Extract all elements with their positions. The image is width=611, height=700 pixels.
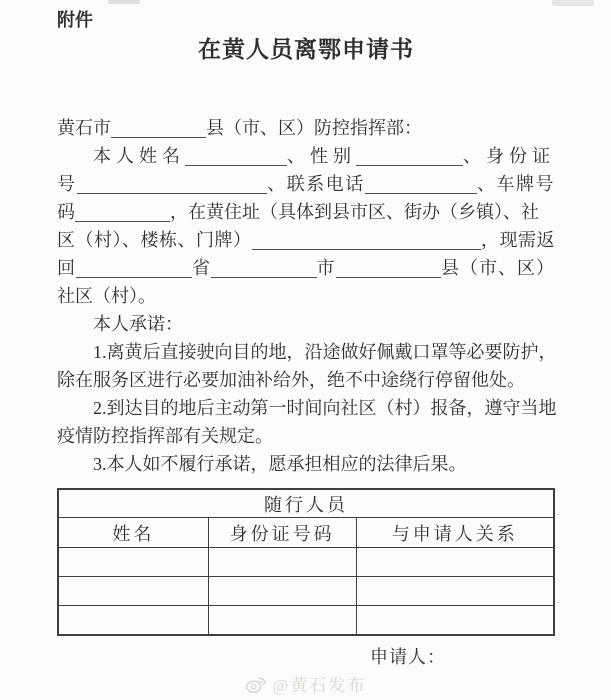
watermark-text: @黄石发布 xyxy=(273,671,367,696)
scan-artifact xyxy=(108,0,140,4)
body-line: 码，在黄住址（具体到县市区、街办（乡镇）、社 xyxy=(57,198,555,226)
text-segment: 、身份证 xyxy=(463,142,555,170)
blank-underline xyxy=(365,193,477,194)
blank-underline xyxy=(356,165,463,166)
body-line: 号、联系电话、车牌号 xyxy=(57,170,555,198)
text-segment: 市 xyxy=(317,254,336,282)
blank-underline xyxy=(211,277,316,278)
body-line: 社区（村）。 xyxy=(57,282,555,310)
body-line: 2.到达目的地后主动第一时间向社区（村）报备，遵守当地 xyxy=(57,394,555,422)
body-line: 本人承诺： xyxy=(57,310,555,338)
empty-cell xyxy=(356,606,554,636)
table-row xyxy=(58,577,554,606)
blank-underline xyxy=(252,249,482,250)
empty-cell xyxy=(58,548,208,577)
empty-cell xyxy=(208,577,356,606)
empty-cell xyxy=(356,548,554,577)
text-segment: 、车牌号 xyxy=(477,170,555,198)
text-segment: 省 xyxy=(192,254,211,282)
text-segment: 社区（村）。 xyxy=(57,286,156,306)
text-segment: 黄石市 xyxy=(57,118,111,138)
column-header-id-number: 身份证号码 xyxy=(208,518,356,548)
blank-underline xyxy=(75,217,170,222)
column-header-relation: 与申请人关系 xyxy=(356,518,554,548)
body-line: 1.离黄后直接驶向目的地，沿途做好佩戴口罩等必要防护， xyxy=(57,338,555,366)
text-segment: 、联系电话 xyxy=(267,170,365,198)
blank-underline xyxy=(111,133,206,138)
blank-underline xyxy=(76,277,192,278)
blank-underline xyxy=(336,277,441,278)
text-segment: 2.到达目的地后主动第一时间向社区（村）报备，遵守当地 xyxy=(93,398,557,418)
table-row xyxy=(58,606,554,636)
weibo-icon xyxy=(245,673,267,695)
empty-cell xyxy=(58,577,208,606)
text-segment: 1.离黄后直接驶向目的地，沿途做好佩戴口罩等必要防护， xyxy=(93,342,557,362)
table-row xyxy=(58,548,554,577)
watermark: @黄石发布 xyxy=(0,671,611,696)
text-segment: 3.本人如不履行承诺，愿承担相应的法律后果。 xyxy=(93,454,467,474)
text-segment: 县（市、区） xyxy=(441,254,555,282)
application-body: 黄石市县（市、区）防控指挥部：本人姓名、性别、身份证号、联系电话、车牌号码，在黄… xyxy=(57,114,555,478)
empty-cell xyxy=(356,577,554,606)
body-line: 3.本人如不履行承诺，愿承担相应的法律后果。 xyxy=(57,450,555,478)
applicant-signature-label: 申请人： xyxy=(57,646,555,668)
text-segment: 、性别 xyxy=(287,142,356,170)
text-segment: 本人承诺： xyxy=(93,314,183,334)
body-line: 黄石市县（市、区）防控指挥部： xyxy=(57,114,555,142)
body-line: 回省市县（市、区） xyxy=(57,254,555,282)
body-line: 区（村）、楼栋、门牌），现需返 xyxy=(57,226,555,254)
attachment-label: 附件 xyxy=(57,8,555,32)
text-segment: 码 xyxy=(57,202,75,222)
empty-cell xyxy=(208,606,356,636)
blank-underline xyxy=(77,193,268,194)
body-line: 本人姓名、性别、身份证 xyxy=(57,142,555,170)
text-segment: 县（市、区）防控指挥部： xyxy=(206,118,422,138)
accompanying-personnel-table: 随行人员 姓名 身份证号码 与申请人关系 xyxy=(57,488,555,636)
body-line: 除在服务区进行必要加油补给外，绝不中途绕行停留他处。 xyxy=(57,366,555,394)
text-segment: 疫情防控指挥部有关规定。 xyxy=(57,426,273,446)
empty-cell xyxy=(58,606,208,636)
table-title-row: 随行人员 xyxy=(58,489,554,518)
text-segment: 区（村）、楼栋、门牌） xyxy=(57,226,252,254)
blank-underline xyxy=(185,165,287,166)
table-title: 随行人员 xyxy=(58,489,554,518)
page-title: 在黄人员离鄂申请书 xyxy=(57,34,555,66)
empty-cell xyxy=(208,548,356,577)
text-segment: 回 xyxy=(57,254,76,282)
table-body xyxy=(58,548,554,636)
text-segment: ，现需返 xyxy=(481,226,555,254)
table-header-row: 姓名 身份证号码 与申请人关系 xyxy=(58,518,554,548)
text-segment: ，在黄住址（具体到县市区、街办（乡镇）、社 xyxy=(170,202,539,222)
body-line: 疫情防控指挥部有关规定。 xyxy=(57,422,555,450)
text-segment: 除在服务区进行必要加油补给外，绝不中途绕行停留他处。 xyxy=(57,370,525,390)
document-page: 附件 在黄人员离鄂申请书 黄石市县（市、区）防控指挥部：本人姓名、性别、身份证号… xyxy=(0,0,611,700)
column-header-name: 姓名 xyxy=(58,518,208,548)
scan-artifact xyxy=(552,0,594,6)
text-segment: 号 xyxy=(57,170,77,198)
text-segment: 本人姓名 xyxy=(93,142,185,170)
